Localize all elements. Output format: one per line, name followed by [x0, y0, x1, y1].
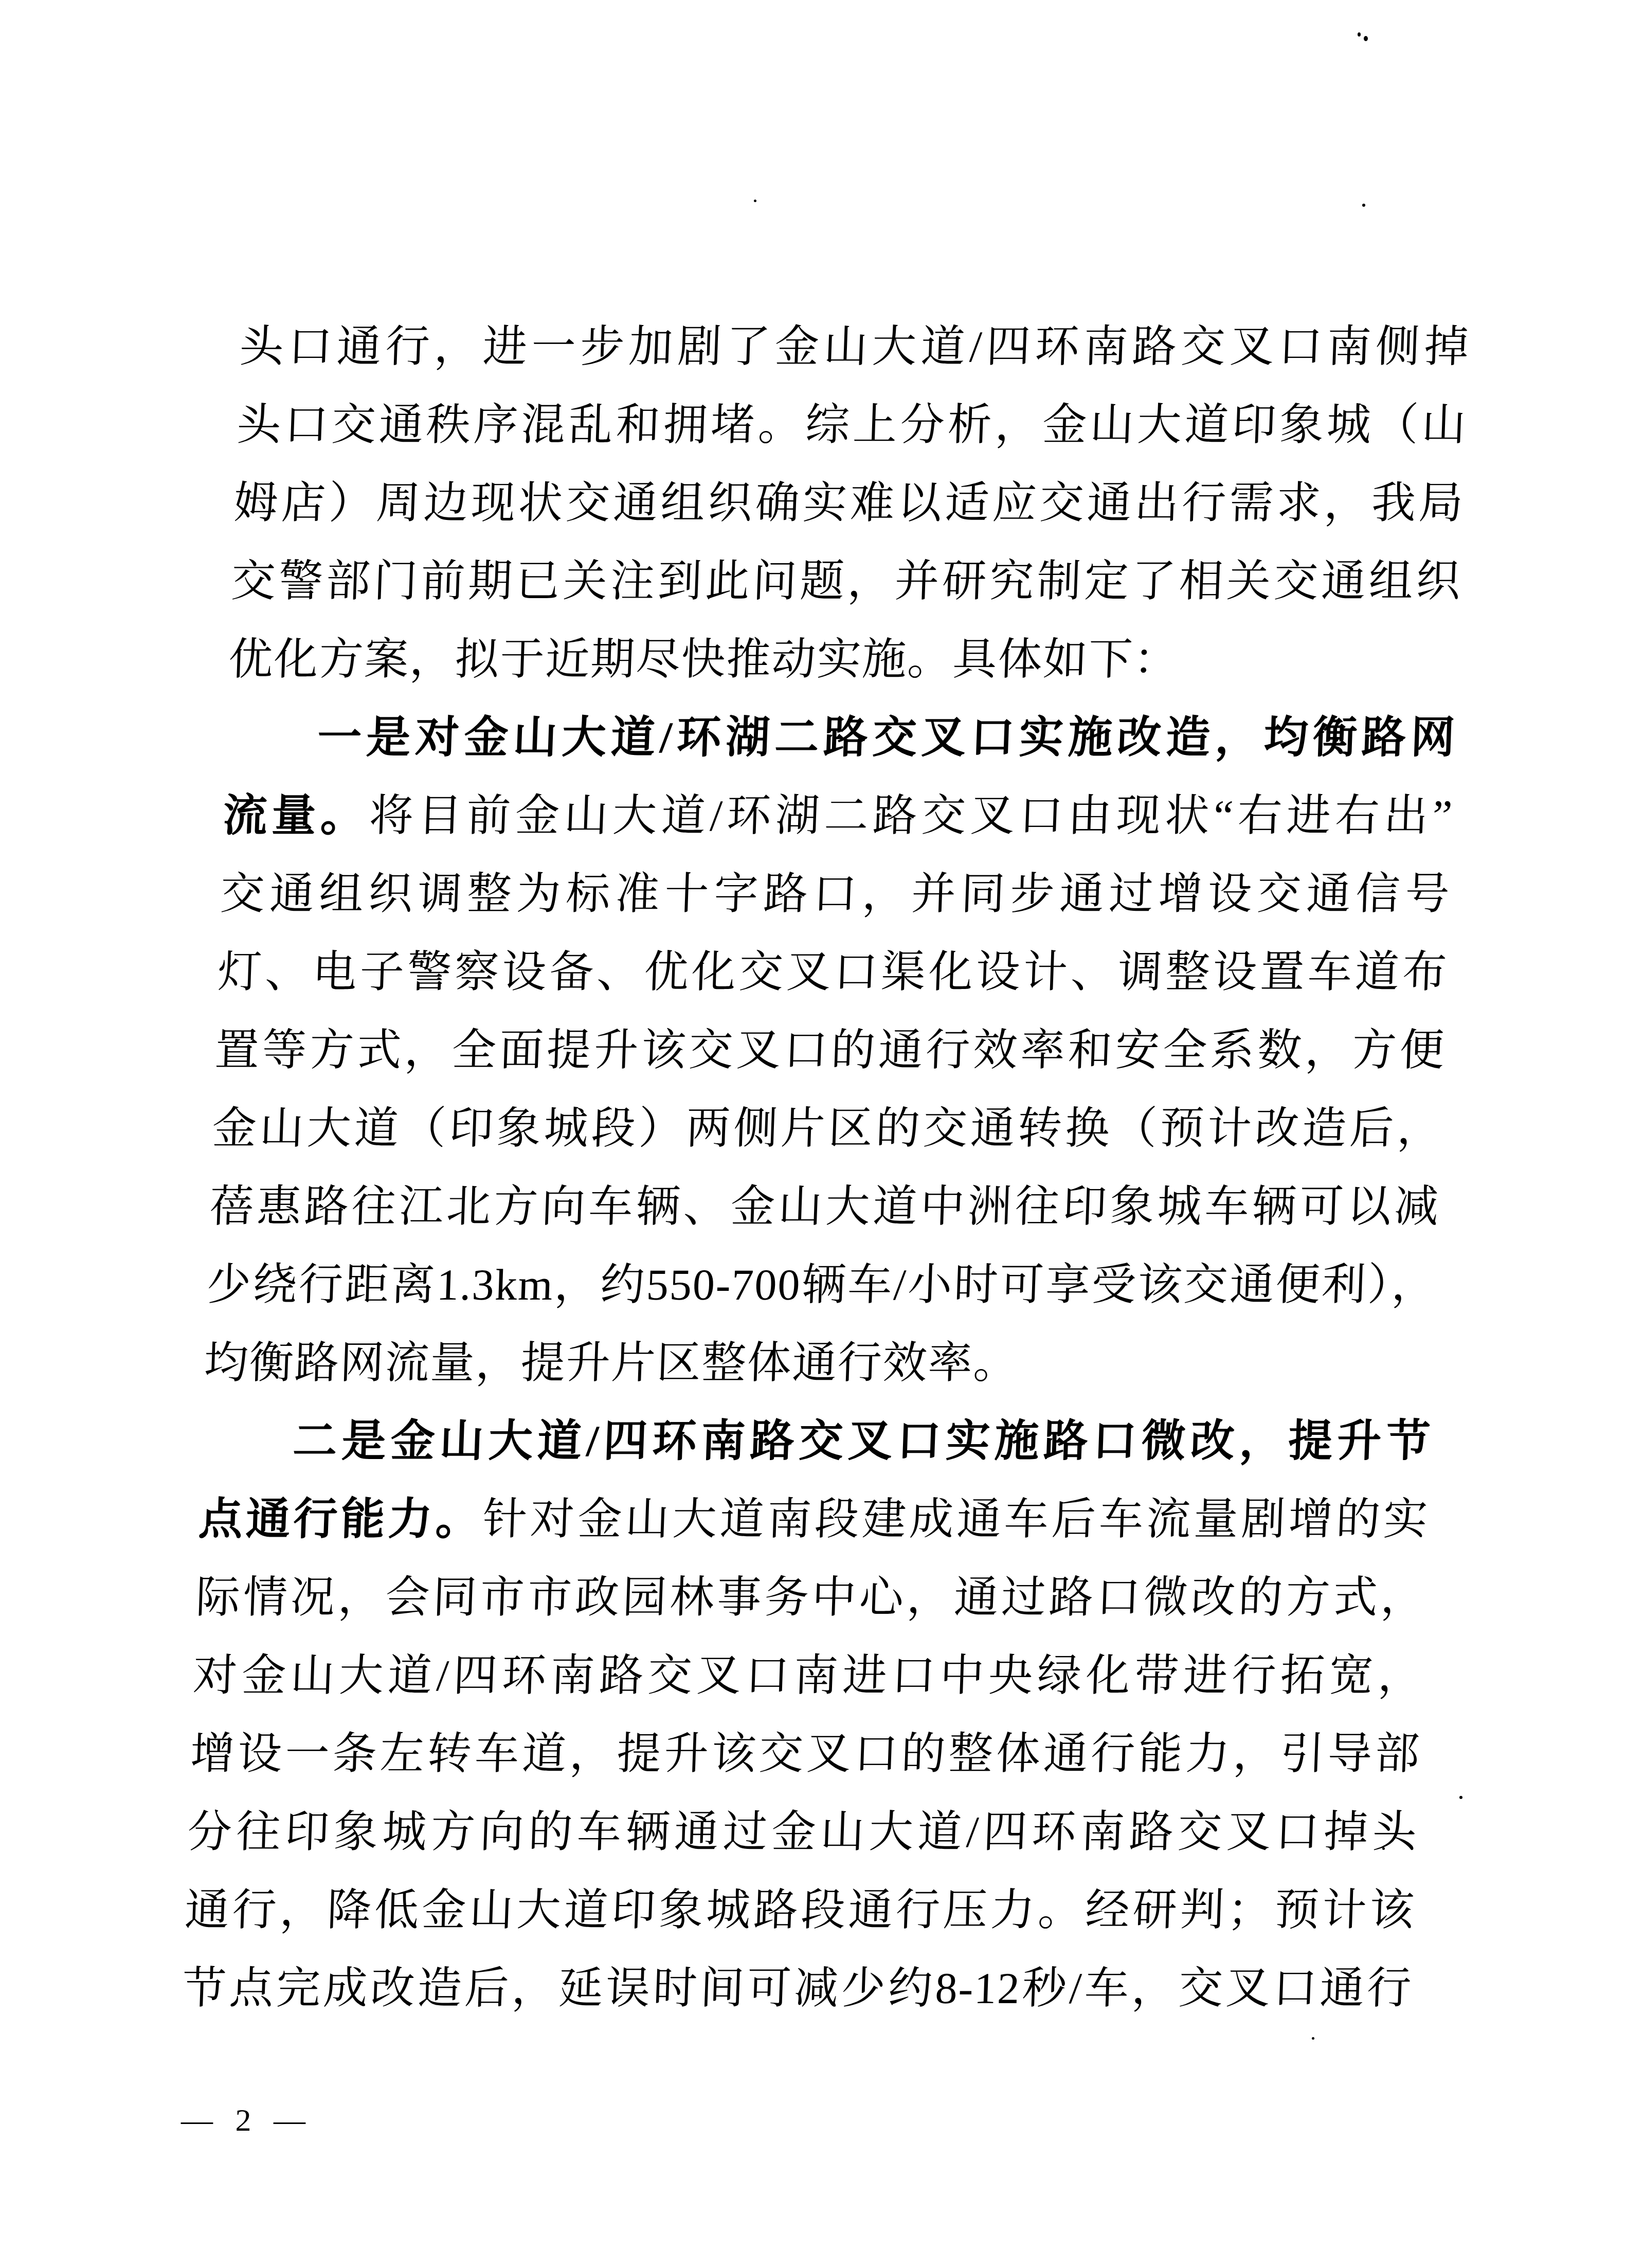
page-number-footer: — 2 — [181, 2097, 313, 2144]
text-line-heading-2: 二是金山大道/四环南路交叉口实施路口微改，提升节 [200, 1402, 1433, 1480]
line-run: 增设一条左转车道，提升该交叉口的整体通行能力，引导部 [190, 1729, 1421, 1778]
line-run: 针对金山大道南段建成通车后车流量剧增的实 [482, 1495, 1429, 1544]
line-run: 分往印象城方向的车辆通过金山大道/四环南路交叉口掉头 [187, 1807, 1418, 1857]
text-line: 通行，降低金山大道印象城路段通行压力。经研判；预计该 [184, 1871, 1416, 1949]
scan-speck [1362, 204, 1365, 207]
text-line: 交通组织调整为标准十字路口，并同步通过增设交通信号 [219, 855, 1452, 933]
text-line: 置等方式，全面提升该交叉口的通行效率和安全系数，方便 [213, 1011, 1446, 1089]
line-run: 蓓惠路往江北方向车辆、金山大道中洲往印象城车辆可以减 [209, 1182, 1440, 1231]
document-page: 头口通行，进一步加剧了金山大道/四环南路交叉口南侧掉 头口交通秩序混乱和拥堵。综… [0, 0, 1626, 2268]
line-run: 际情况，会同市市政园林事务中心，通过路口微改的方式， [195, 1573, 1426, 1622]
line-run: 少绕行距离1.3km，约550-700辆车/小时可享受该交通便利）， [206, 1260, 1437, 1309]
text-line: 对金山大道/四环南路交叉口南进口中央绿化带进行拓宽， [192, 1636, 1424, 1715]
line-run: 节点完成改造后，延误时间可减少约8-12秒/车，交叉口通行 [182, 1964, 1413, 2013]
text-line: 流量。将目前金山大道/环湖二路交叉口由现状“右进右出” [222, 777, 1454, 855]
line-run: 头口通行，进一步加剧了金山大道/四环南路交叉口南侧掉 [239, 322, 1470, 371]
text-line: 金山大道（印象城段）两侧片区的交通转换（预计改造后， [211, 1089, 1443, 1167]
line-run: 置等方式，全面提升该交叉口的通行效率和安全系数，方便 [214, 1025, 1446, 1075]
text-line-heading-1: 一是对金山大道/环湖二路交叉口实施改造，均衡路网 [225, 698, 1457, 777]
line-run: 对金山大道/四环南路交叉口南进口中央绿化带进行拓宽， [192, 1651, 1424, 1700]
line-run: 灯、电子警察设备、优化交叉口渠化设计、调整设置车道布 [217, 947, 1449, 997]
text-line: 均衡路网流量，提升片区整体通行效率。 [203, 1324, 1435, 1402]
line-run: 通行，降低金山大道印象城路段通行压力。经研判；预计该 [184, 1885, 1416, 1935]
text-line: 头口交通秩序混乱和拥堵。综上分析，金山大道印象城（山 [236, 386, 1468, 464]
line-run: 将目前金山大道/环湖二路交叉口由现状“右进右出” [368, 791, 1454, 840]
scan-speck [1382, 1847, 1385, 1850]
text-line: 分往印象城方向的车辆通过金山大道/四环南路交叉口掉头 [186, 1793, 1419, 1871]
text-line: 姆店）周边现状交通组织确实难以适应交通出行需求，我局 [232, 464, 1465, 542]
text-line: 际情况，会同市市政园林事务中心，通过路口微改的方式， [194, 1558, 1427, 1636]
line-run: 均衡路网流量，提升片区整体通行效率。 [203, 1338, 1019, 1388]
line-run: 金山大道（印象城段）两侧片区的交通转换（预计改造后， [211, 1104, 1443, 1153]
body-text-block: 头口通行，进一步加剧了金山大道/四环南路交叉口南侧掉 头口交通秩序混乱和拥堵。综… [181, 308, 1471, 2027]
text-line: 蓓惠路往江北方向车辆、金山大道中洲往印象城车辆可以减 [208, 1167, 1441, 1246]
text-line: 优化方案，拟于近期尽快推动实施。具体如下： [227, 620, 1460, 698]
text-line: 少绕行距离1.3km，约550-700辆车/小时可享受该交通便利）， [205, 1246, 1438, 1324]
line-run: 优化方案，拟于近期尽快推动实施。具体如下： [228, 635, 1180, 684]
line-run: 姆店）周边现状交通组织确实难以适应交通出行需求，我局 [233, 478, 1465, 528]
line-run: 头口交通秩序混乱和拥堵。综上分析，金山大道印象城（山 [236, 400, 1468, 449]
line-run: 交警部门前期已关注到此问题，并研究制定了相关交通组织 [230, 556, 1462, 606]
text-line: 增设一条左转车道，提升该交叉口的整体通行能力，引导部 [189, 1715, 1422, 1793]
scan-speck [1364, 36, 1368, 41]
scan-speck [1358, 32, 1361, 37]
scan-speck [1459, 1796, 1462, 1799]
text-line: 点通行能力。针对金山大道南段建成通车后车流量剧增的实 [197, 1480, 1430, 1558]
text-line: 交警部门前期已关注到此问题，并研究制定了相关交通组织 [230, 542, 1462, 620]
scan-speck [754, 200, 756, 202]
text-line: 节点完成改造后，延误时间可减少约8-12秒/车，交叉口通行 [181, 1949, 1414, 2027]
text-line: 灯、电子警察设备、优化交叉口渠化设计、调整设置车道布 [216, 933, 1449, 1011]
line-bold-run: 流量。 [222, 791, 370, 840]
line-bold-run: 一是对金山大道/环湖二路交叉口实施改造，均衡路网 [317, 713, 1457, 762]
line-bold-run: 二是金山大道/四环南路交叉口实施路口微改，提升节 [292, 1416, 1432, 1466]
text-line: 头口通行，进一步加剧了金山大道/四环南路交叉口南侧掉 [238, 308, 1471, 386]
line-run: 交通组织调整为标准十字路口，并同步通过增设交通信号 [220, 869, 1451, 919]
line-bold-run: 点通行能力。 [197, 1495, 483, 1544]
scan-speck [1312, 2037, 1314, 2040]
scanned-document: { "document": { "lines": [ { "text": "头口… [0, 0, 1626, 2268]
